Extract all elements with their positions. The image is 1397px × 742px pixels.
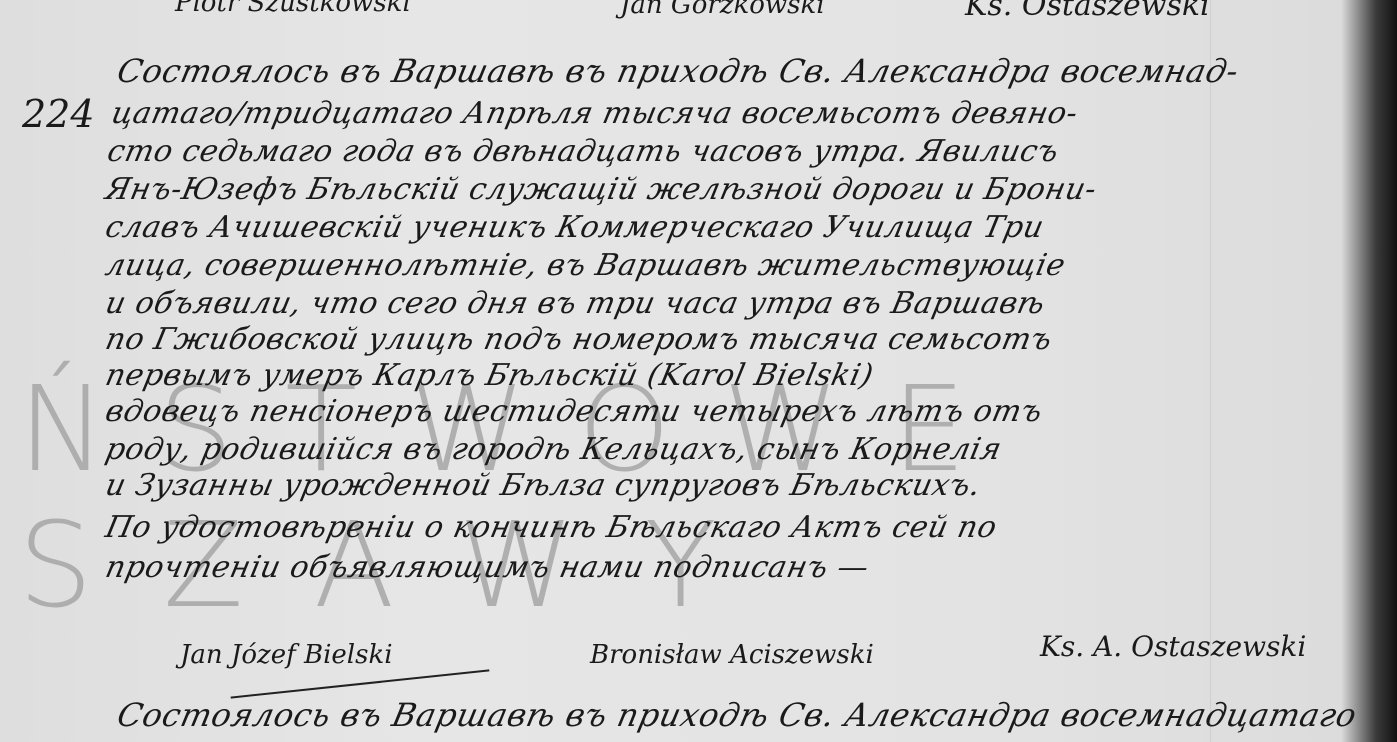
entry-line-2: цатаго/тридцатаго Апрѣля тысяча восемьсо… bbox=[108, 96, 1081, 131]
bottom-signature-left: Jan Józef Bielski bbox=[180, 640, 393, 670]
entry-line-6: лица, совершеннолѣтніе, въ Варшавѣ жител… bbox=[102, 248, 1068, 283]
entry-line-7: и объявили, что сего дня въ три часа утр… bbox=[102, 286, 1048, 321]
top-signature-middle: Jan Gorzkowski bbox=[620, 0, 825, 20]
next-entry-line-1: Состоялось въ Варшавѣ въ приходѣ Св. Але… bbox=[114, 696, 1360, 734]
bottom-signature-middle: Bronisław Aciszewski bbox=[590, 640, 874, 670]
signature-flourish bbox=[231, 669, 490, 698]
entry-line-4: Янъ-Юзефъ Бѣльскій служащій желѣзной дор… bbox=[102, 172, 1100, 207]
entry-line-14: прочтеніи объявляющимъ нами подписанъ — bbox=[102, 550, 872, 585]
entry-line-9: первымъ умеръ Карлъ Бѣльскій (Karol Biel… bbox=[102, 358, 876, 393]
entry-line-8: по Гжибовской улицѣ подъ номеромъ тысяча… bbox=[102, 322, 1055, 357]
entry-line-12: и Зузанны урожденной Бѣлза супруговъ Бѣл… bbox=[102, 468, 984, 503]
document-scan: ŃSTWOWE SZAWY Piotr Szustkowski Jan Gorz… bbox=[0, 0, 1397, 742]
top-signature-left: Piotr Szustkowski bbox=[175, 0, 411, 18]
entry-line-1: Состоялось въ Варшавѣ въ приходѣ Св. Але… bbox=[114, 52, 1242, 90]
entry-line-13: По удостовѣреніи о кончинѣ Бѣльскаго Акт… bbox=[102, 510, 1000, 545]
entry-number: 224 bbox=[22, 92, 95, 136]
entry-line-10: вдовецъ пенсіонеръ шестидесяти четырехъ … bbox=[102, 394, 1045, 429]
bottom-signature-right: Ks. A. Ostaszewski bbox=[1040, 630, 1306, 663]
entry-line-11: роду, родившійся въ городѣ Кельцахъ, сын… bbox=[102, 432, 1005, 467]
entry-line-5: славъ Ачишевскій ученикъ Коммерческаго У… bbox=[102, 210, 1047, 245]
entry-line-3: сто седьмаго года въ двѣнадцать часовъ у… bbox=[104, 134, 1062, 169]
top-signature-right: Ks. Ostaszewski bbox=[965, 0, 1210, 23]
